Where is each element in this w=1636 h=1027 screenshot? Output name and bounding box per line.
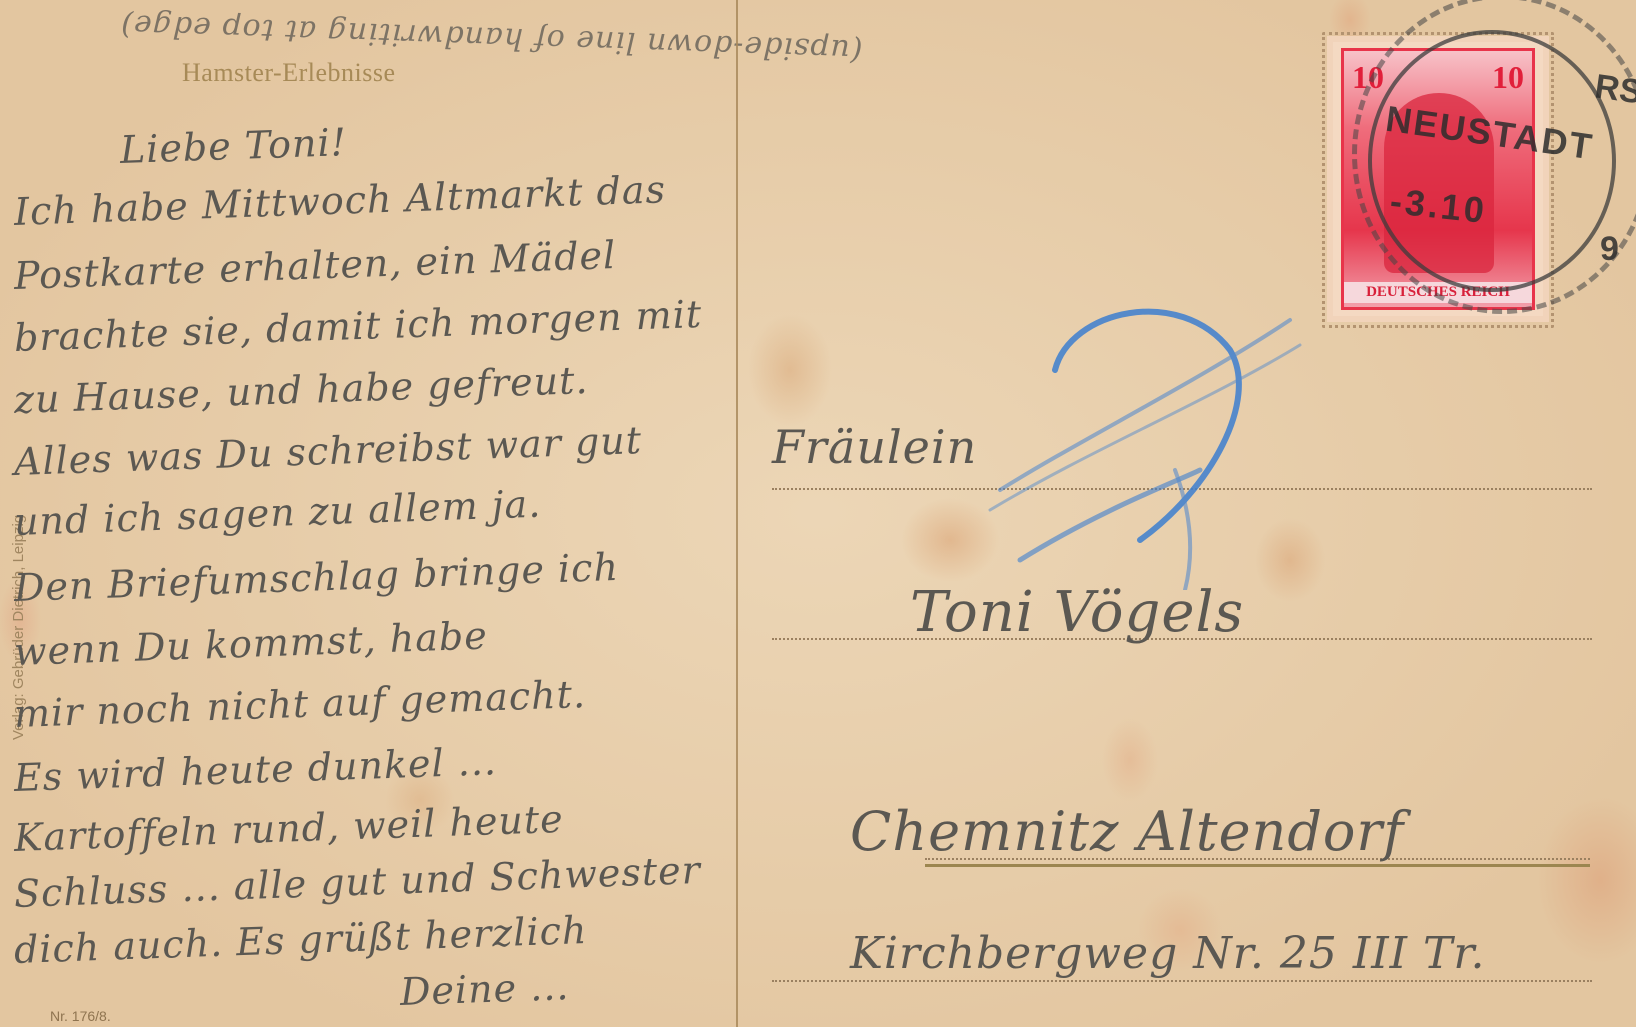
message-line: Schluss ... alle gut und Schwester [13, 848, 701, 916]
center-divider-line [736, 0, 738, 1027]
message-line: brachte sie, damit ich morgen mit [13, 292, 703, 360]
message-line: Den Briefumschlag bringe ich [13, 545, 619, 610]
message-line: zu Hause, und habe gefreut. [13, 358, 589, 422]
printed-title: Hamster-Erlebnisse [182, 58, 396, 88]
address-city: Chemnitz Altendorf [850, 800, 1404, 863]
message-line: Liebe Toni! [119, 120, 347, 172]
address-rule-4 [772, 980, 1592, 982]
message-line: mir noch nicht auf gemacht. [13, 672, 586, 736]
blue-crayon-mark-icon [960, 290, 1320, 590]
message-line: und ich sagen zu allem ja. [13, 482, 542, 544]
message-line: Postkarte erhalten, ein Mädel [13, 233, 617, 298]
address-salutation: Fräulein [772, 420, 977, 474]
postcard-back: (upside-down line of handwriting at top … [0, 0, 1636, 1027]
message-line: Es wird heute dunkel ... [13, 739, 497, 800]
serial-number: Nr. 176/8. [50, 1008, 111, 1024]
message-line: Alles was Du schreibst war gut [13, 418, 642, 484]
message-line: Kartoffeln rund, weil heute [13, 797, 564, 860]
postmark-edge-text: RSET [1593, 67, 1636, 110]
address-rule-destination [925, 864, 1590, 867]
message-signature: Deine ... [399, 964, 570, 1014]
message-line: Ich habe Mittwoch Altmarkt das [13, 167, 666, 234]
message-line: wenn Du kommst, habe [13, 613, 488, 674]
address-street: Kirchbergweg Nr. 25 III Tr. [850, 928, 1486, 979]
postmark-edge-number: 9 [1600, 230, 1619, 269]
message-line: dich auch. Es grüßt herzlich [13, 908, 588, 972]
